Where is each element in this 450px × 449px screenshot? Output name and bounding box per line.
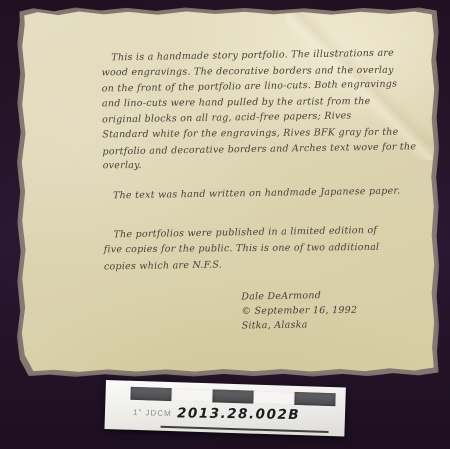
museum-photo: This is a handmade story portfolio. The … xyxy=(0,0,450,449)
accession-underline xyxy=(161,426,329,433)
scale-checker-cell xyxy=(130,387,171,401)
scale-checker-cell xyxy=(294,392,335,406)
handmade-paper-sheet: This is a handmade story portfolio. The … xyxy=(21,10,435,373)
photo-scale-strip: 1" JDCM 2013.28.002B xyxy=(104,380,345,437)
signature-name: Dale DeArmond xyxy=(241,288,404,305)
scale-checker-cell xyxy=(212,389,253,403)
text-line: The text was hand written on handmade Ja… xyxy=(103,183,403,204)
scale-checker-cell xyxy=(171,388,212,402)
text-line: overlay. xyxy=(103,156,403,174)
handwritten-text-block: This is a handmade story portfolio. The … xyxy=(101,46,404,336)
paragraph-materials: This is a handmade story portfolio. The … xyxy=(101,46,403,174)
signature-place: Sitka, Alaska xyxy=(242,317,405,334)
scale-strip-text-row: 1" JDCM 2013.28.002B xyxy=(133,403,333,425)
paragraph-text-paper: The text was hand written on handmade Ja… xyxy=(103,184,403,203)
scale-printed-label: 1" JDCM xyxy=(133,408,172,418)
scale-checker-cell xyxy=(253,391,294,405)
signature-block: Dale DeArmond © September 16, 1992 Sitka… xyxy=(241,288,405,334)
accession-number: 2013.28.002B xyxy=(177,405,300,423)
paragraph-edition: The portfolios were published in a limit… xyxy=(103,224,404,274)
